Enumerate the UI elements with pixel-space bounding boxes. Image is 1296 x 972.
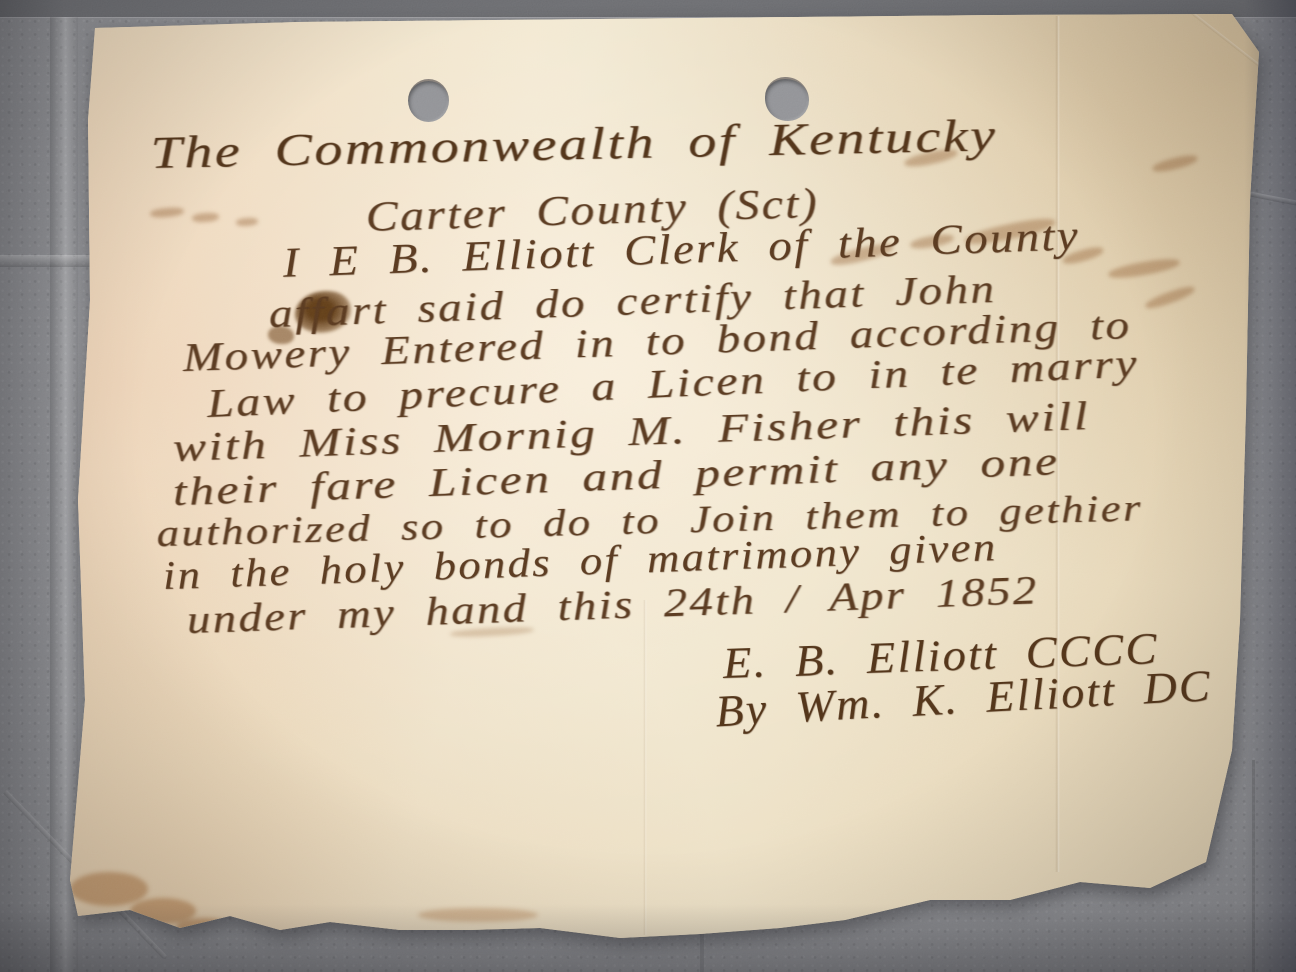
document-paper: The Commonwealth of Kentucky Carter Coun… [58,10,1276,945]
edge-stain [70,872,148,906]
doc-line-commonwealth: The Commonwealth of Kentucky [150,108,998,179]
ink-smudge [1151,153,1198,175]
ink-smudge [236,217,259,227]
document-paper-shadow: The Commonwealth of Kentucky Carter Coun… [0,0,1296,972]
ink-smudge [1144,283,1197,311]
edge-stain [130,898,196,924]
ink-smudge [192,212,220,223]
paper-crease-corner [1185,7,1262,68]
ink-smudge [150,207,185,219]
ink-smudge [1107,256,1180,281]
edge-stain [418,908,538,922]
paper-crease-vertical-middle [643,600,647,935]
edge-stain [176,918,232,936]
punch-hole-left [408,79,449,122]
photo-canvas: The Commonwealth of Kentucky Carter Coun… [0,0,1296,972]
